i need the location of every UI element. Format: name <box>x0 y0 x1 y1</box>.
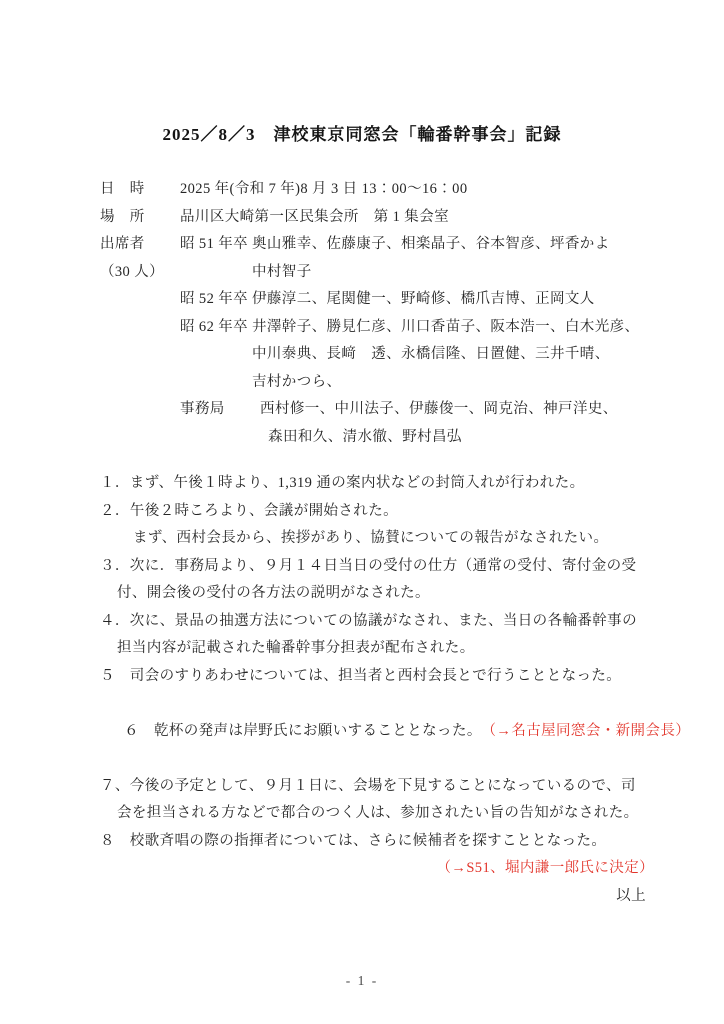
attendee-names: 伊藤淳二、尾関健一、野崎修、橋爪吉博、正岡文人 <box>252 286 668 314</box>
attendee-row: 森田和久、清水徹、野村昌弘 <box>100 424 668 452</box>
minutes-line-6-text: ６ 乾杯の発声は岸野氏にお願いすることとなった。 <box>124 723 482 739</box>
attendee-names: 西村修一、中川法子、伊藤俊一、岡克治、神戸洋史、 <box>252 396 668 424</box>
attendee-group: 昭 51 年卒 <box>180 231 252 259</box>
minutes-line-1: １．まず、午後１時より、1,319 通の案内状などの封筒入れが行われた。 <box>100 470 654 498</box>
attendee-names: 中村智子 <box>252 259 668 287</box>
attendee-row: 昭 52 年卒 伊藤淳二、尾関健一、野崎修、橋爪吉博、正岡文人 <box>100 286 668 314</box>
minutes-line-7: ７、今後の予定として、９月１日に、会場を下見することになっているので、司 <box>100 773 654 801</box>
minutes-line-4: ４．次に、景品の抽選方法についての協議がなされ、また、当日の各輪番幹事の <box>100 608 654 636</box>
minutes-line-2: ２．午後２時ころより、会議が開始された。 <box>100 498 654 526</box>
attendee-group <box>180 259 252 287</box>
attendee-group <box>180 341 252 369</box>
attendees-label: 出席者 <box>100 231 180 259</box>
attendee-group: 昭 62 年卒 <box>180 314 252 342</box>
attendee-group: 事務局 <box>180 396 252 424</box>
attendee-row: 中川泰典、長﨑 透、永橋信隆、日置健、三井千晴、 <box>100 341 668 369</box>
attendee-row: 吉村かつら、 <box>100 369 668 397</box>
attendee-group <box>180 424 252 452</box>
place-label: 場 所 <box>100 204 180 232</box>
attendee-row: （30 人） 中村智子 <box>100 259 668 287</box>
header-block: 日 時 2025 年(令和 7 年)8 月 3 日 13：00～16：00 場 … <box>100 176 668 451</box>
attendee-group <box>180 369 252 397</box>
decision-note-red: （→名古屋同窓会・新開会長） <box>489 723 690 739</box>
minutes-line-4b: 担当内容が記載された輪番幹事分担表が配布された。 <box>100 635 654 663</box>
minutes-line-7b: 会を担当される方などで都合のつく人は、参加されたい旨の告知がなされた。 <box>100 800 654 828</box>
attendee-names: 吉村かつら、 <box>252 369 668 397</box>
datetime-value: 2025 年(令和 7 年)8 月 3 日 13：00～16：00 <box>180 176 668 204</box>
datetime-label: 日 時 <box>100 176 180 204</box>
decision-note-red-right: （→S51、堀内謙一郎氏に決定） <box>100 855 654 883</box>
attendee-names: 森田和久、清水徹、野村昌弘 <box>252 424 668 452</box>
place-value: 品川区大崎第一区民集会所 第 1 集会室 <box>180 204 668 232</box>
closing-ijou: 以上 <box>100 883 654 911</box>
attendee-group: 昭 52 年卒 <box>180 286 252 314</box>
attendee-row: 出席者 昭 51 年卒 奥山雅幸、佐藤康子、相楽晶子、谷本智彦、坪香かよ <box>100 231 668 259</box>
page-number: - 1 - <box>0 973 724 989</box>
attendee-names: 奥山雅幸、佐藤康子、相楽晶子、谷本智彦、坪香かよ <box>252 231 668 259</box>
minutes-line-2b: まず、西村会長から、挨拶があり、協賛についての報告がなされたい。 <box>100 525 654 553</box>
attendees-count: （30 人） <box>100 259 180 287</box>
minutes-line-6: ６ 乾杯の発声は岸野氏にお願いすることとなった。（→名古屋同窓会・新開会長） <box>100 690 654 773</box>
minutes-list: １．まず、午後１時より、1,319 通の案内状などの封筒入れが行われた。 ２．午… <box>100 470 654 910</box>
document-title: 2025／8／3 津校東京同窓会「輪番幹事会」記録 <box>0 120 724 145</box>
minutes-line-3b: 付、開会後の受付の各方法の説明がなされた。 <box>100 580 654 608</box>
attendee-row: 事務局 西村修一、中川法子、伊藤俊一、岡克治、神戸洋史、 <box>100 396 668 424</box>
attendee-names: 中川泰典、長﨑 透、永橋信隆、日置健、三井千晴、 <box>252 341 668 369</box>
minutes-line-5: ５ 司会のすりあわせについては、担当者と西村会長とで行うこととなった。 <box>100 663 654 691</box>
attendee-row: 昭 62 年卒 井澤幹子、勝見仁彦、川口香苗子、阪本浩一、白木光彦、 <box>100 314 668 342</box>
place-row: 場 所 品川区大崎第一区民集会所 第 1 集会室 <box>100 204 668 232</box>
attendee-names: 井澤幹子、勝見仁彦、川口香苗子、阪本浩一、白木光彦、 <box>252 314 668 342</box>
datetime-row: 日 時 2025 年(令和 7 年)8 月 3 日 13：00～16：00 <box>100 176 668 204</box>
minutes-line-3: ３．次に．事務局より、９月１４日当日の受付の仕方（通常の受付、寄付金の受 <box>100 553 654 581</box>
minutes-line-8: ８ 校歌斉唱の際の指揮者については、さらに候補者を探すこととなった。 <box>100 828 654 856</box>
document-page: 2025／8／3 津校東京同窓会「輪番幹事会」記録 日 時 2025 年(令和 … <box>0 0 724 1024</box>
